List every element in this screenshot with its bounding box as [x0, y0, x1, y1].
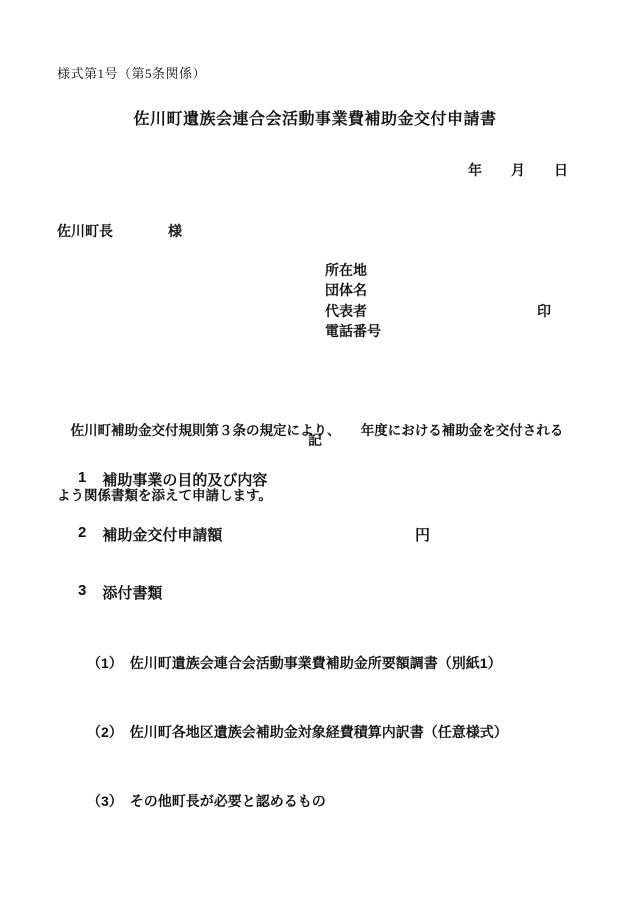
- addressee-name: 佐川町長: [57, 221, 113, 241]
- attachment-item-3: （3） その他町長が必要と認めるもの: [87, 790, 508, 813]
- item-3-number: 3: [78, 582, 86, 603]
- applicant-block: 所在地 団体名 代表者 印 電話番号: [325, 260, 551, 342]
- ki-heading: 記: [0, 430, 630, 450]
- item-2-label: 補助金交付申請額: [102, 524, 222, 545]
- field-label-representative: 代表者: [325, 301, 367, 321]
- date-month-label: 月: [511, 160, 525, 180]
- document-page: 様式第1号（第5条関係） 佐川町遺族会連合会活動事業費補助金交付申請書 年 月 …: [0, 0, 630, 903]
- field-label-organization: 団体名: [325, 280, 367, 300]
- field-label-phone: 電話番号: [325, 321, 381, 341]
- attachment-item-2: （2） 佐川町各地区遺族会補助金対象経費積算内訳書（任意様式）: [87, 721, 508, 744]
- date-line: 年 月 日: [468, 160, 568, 180]
- item-3-label: 添付書類: [102, 582, 162, 603]
- addressee-line: 佐川町長 様: [57, 221, 182, 241]
- list-item-3: 3 添付書類: [78, 582, 162, 603]
- attachment-list: （1） 佐川町遺族会連合会活動事業費補助金所要額調書（別紙1） （2） 佐川町各…: [87, 606, 508, 859]
- applicant-field-organization: 団体名: [325, 280, 551, 300]
- seal-mark: 印: [537, 301, 551, 321]
- applicant-field-phone: 電話番号: [325, 321, 551, 341]
- yen-unit-label: 円: [415, 524, 430, 545]
- applicant-field-representative: 代表者 印: [325, 301, 551, 321]
- list-item-2: 2 補助金交付申請額: [78, 524, 222, 545]
- list-item-1: 1 補助事業の目的及び内容: [78, 469, 267, 490]
- item-1-label: 補助事業の目的及び内容: [102, 469, 267, 490]
- addressee-honorific: 様: [168, 221, 182, 241]
- date-year-label: 年: [468, 160, 482, 180]
- page-title: 佐川町遺族会連合会活動事業費補助金交付申請書: [0, 106, 630, 129]
- field-label-address: 所在地: [325, 260, 367, 280]
- date-day-label: 日: [554, 160, 568, 180]
- applicant-field-address: 所在地: [325, 260, 551, 280]
- form-number: 様式第1号（第5条関係）: [57, 63, 206, 82]
- attachment-item-1: （1） 佐川町遺族会連合会活動事業費補助金所要額調書（別紙1）: [87, 652, 508, 675]
- item-1-number: 1: [78, 469, 86, 490]
- item-2-number: 2: [78, 524, 86, 545]
